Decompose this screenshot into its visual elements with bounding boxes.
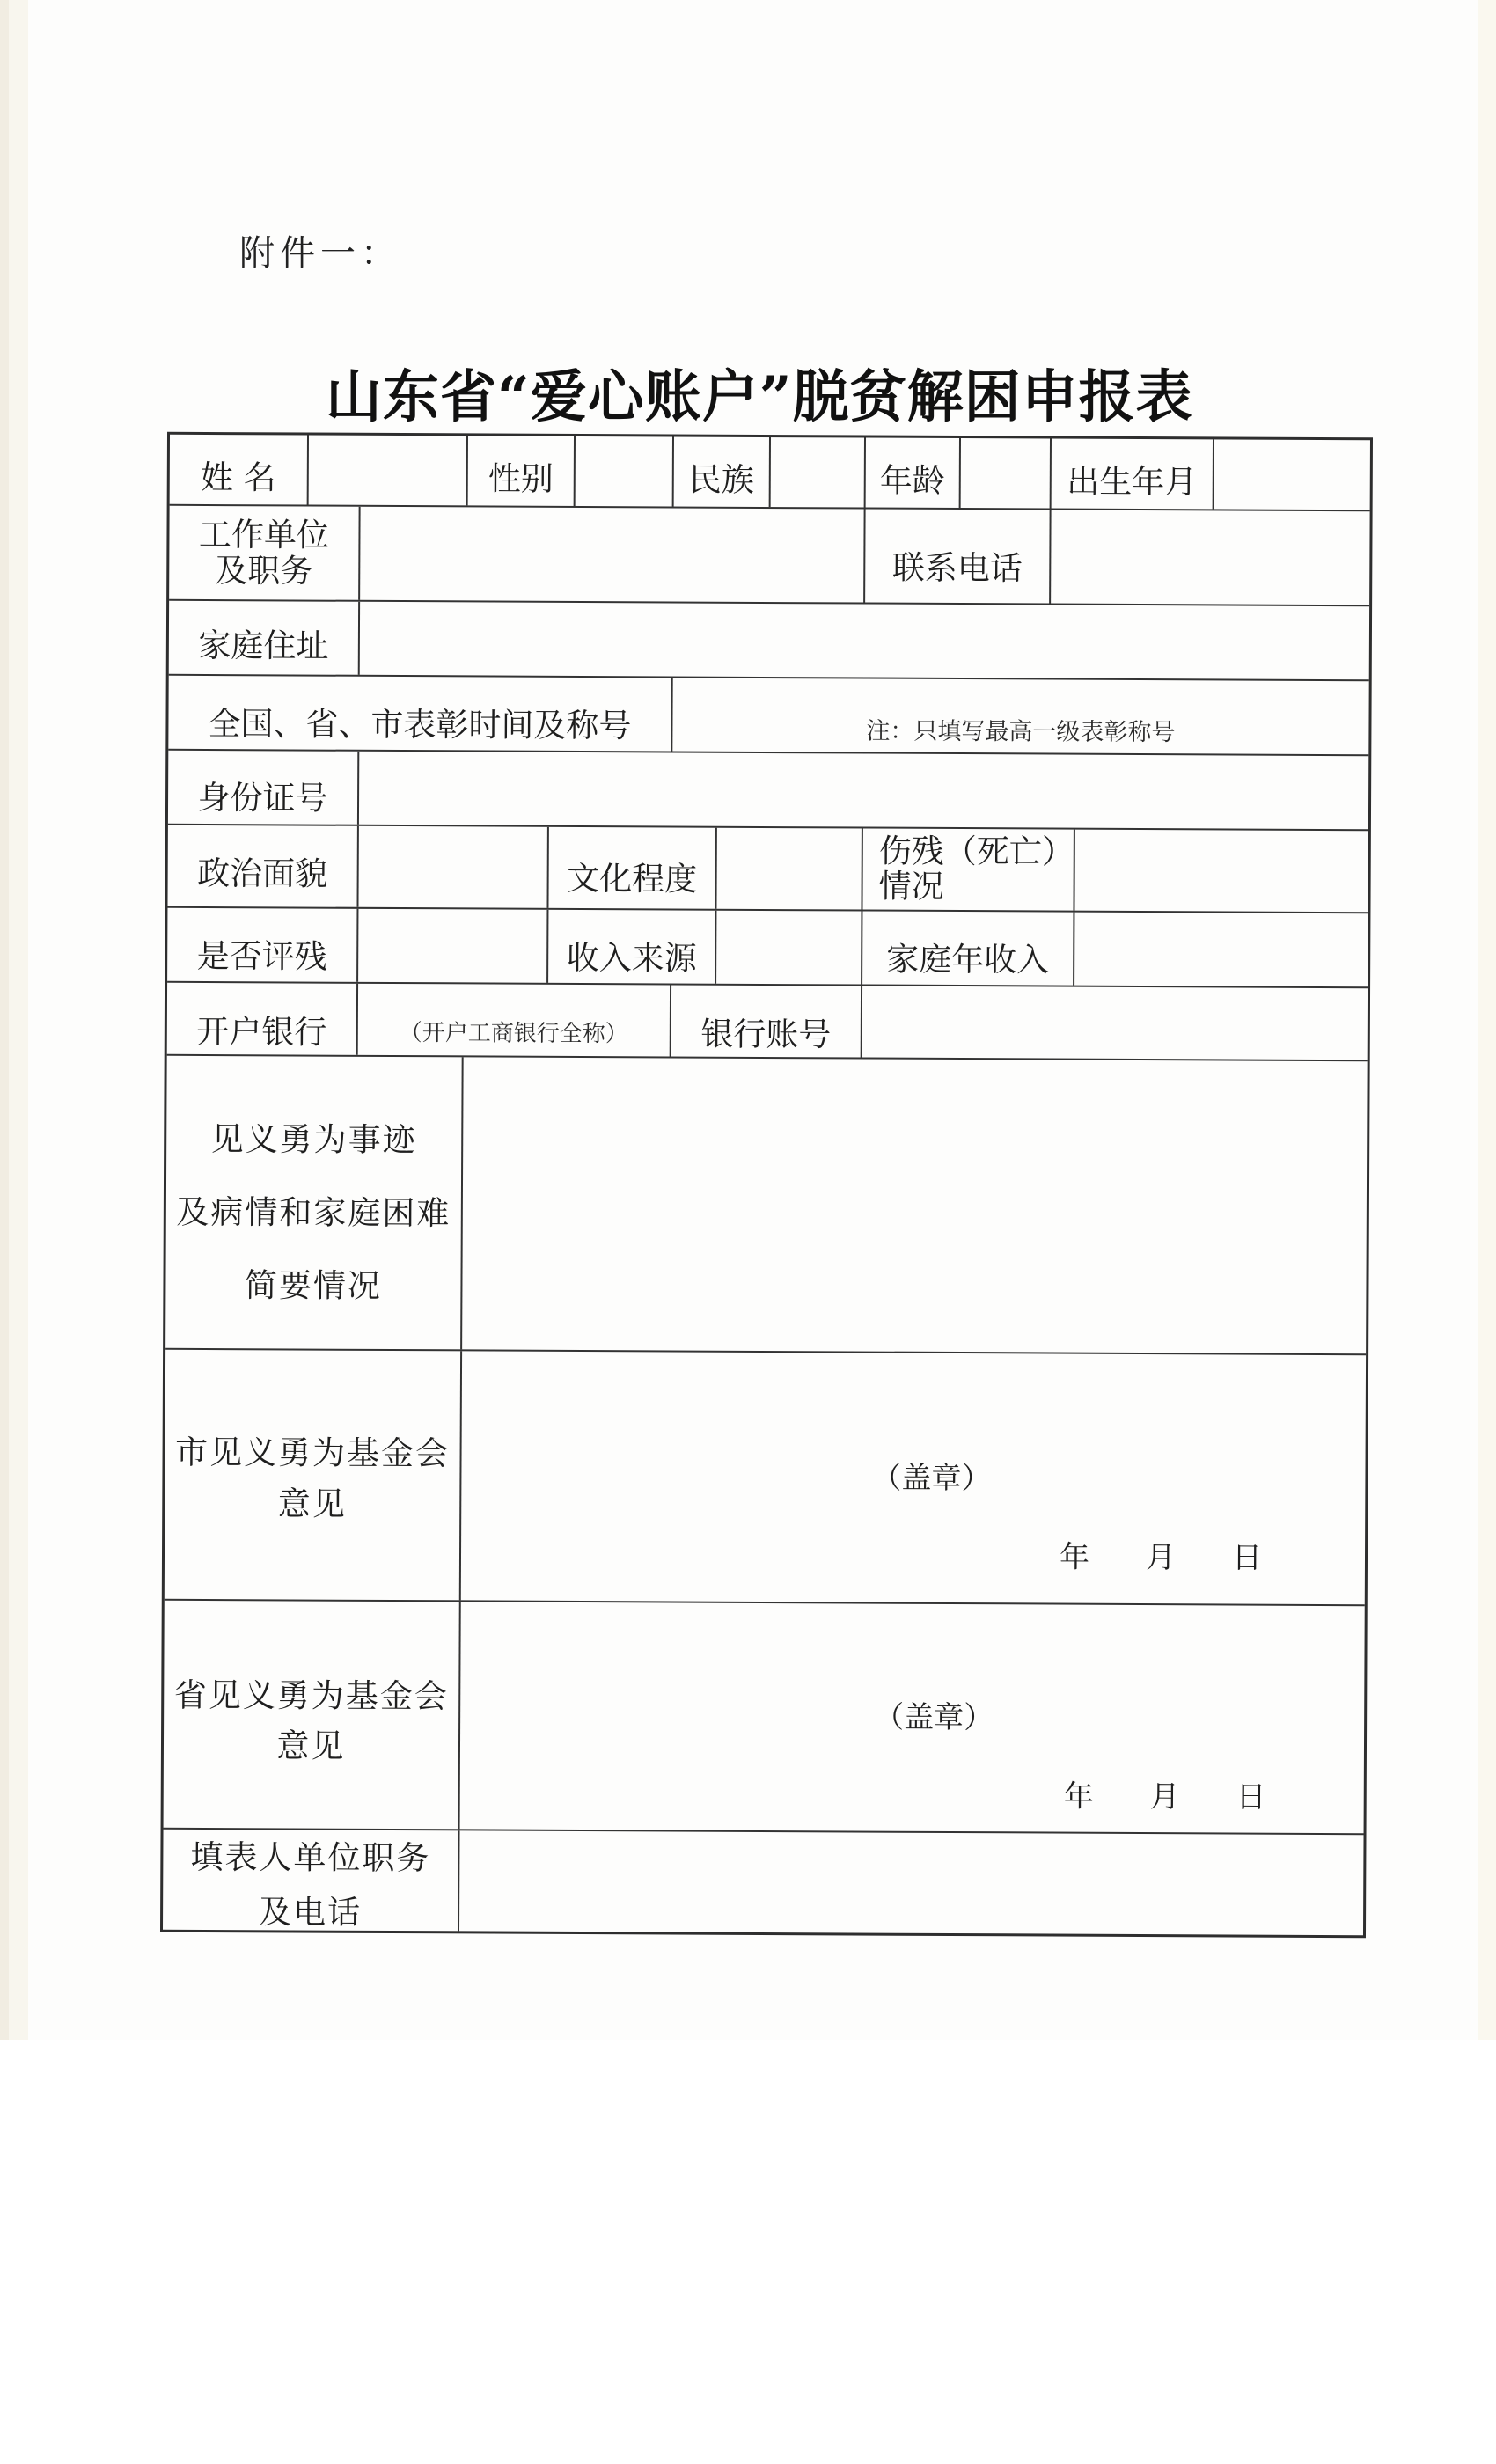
injury-status-field[interactable] [1074,830,1368,913]
disability-rated-label: 是否评残 [167,908,358,982]
row-id-number: 身份证号 [168,751,1368,831]
city-opinion-label-line-1: 市见义勇为基金会 [175,1426,450,1478]
name-field[interactable] [309,436,468,506]
political-status-field[interactable] [358,826,548,908]
city-opinion-label-line-2: 意见 [278,1478,347,1529]
date-month-label: 月 [1150,1779,1180,1815]
bank-hint: （开户工商银行全称） [400,1015,628,1052]
disability-rated-field[interactable] [358,909,548,983]
city-seal-label: （盖章） [871,1460,991,1496]
injury-status-label-line-1: 伤残（死亡） [879,834,1074,870]
filler-info-label: 填表人单位职务 及电话 [163,1830,460,1932]
bank-account-field[interactable] [862,986,1368,1060]
scan-edge-left [0,0,9,2040]
province-seal-label: （盖章） [874,1700,994,1736]
name-label: 姓 名 [170,435,309,505]
bank-label: 开户银行 [167,983,358,1055]
attachment-label: 附件一： [239,232,401,275]
date-month-label: 月 [1146,1540,1176,1575]
work-unit-label: 工作单位 及职务 [169,506,360,600]
bank-field[interactable]: （开户工商银行全称） [358,984,671,1057]
row-province-foundation-opinion: 省见义勇为基金会 意见 （盖章） 年 月 日 [164,1601,1365,1835]
commendation-label: 全国、省、市表彰时间及称号 [168,676,672,752]
id-number-field[interactable] [359,752,1368,829]
row-home-address: 家庭住址 [169,601,1369,681]
row-bank: 开户银行 （开户工商银行全称） 银行账号 [167,983,1368,1061]
education-field[interactable] [716,828,862,910]
birth-date-label: 出生年月 [1052,439,1214,510]
date-day-label: 日 [1236,1780,1266,1815]
province-opinion-label: 省见义勇为基金会 意见 [164,1601,461,1830]
education-label: 文化程度 [548,827,716,909]
province-opinion-field[interactable]: （盖章） 年 月 日 [460,1602,1365,1833]
deeds-summary-field[interactable] [462,1057,1368,1353]
commendation-note: 注：只填写最高一级表彰称号 [866,704,1175,752]
city-opinion-date: 年 月 日 [1060,1539,1262,1575]
income-source-label: 收入来源 [548,910,716,984]
row-filler-info: 填表人单位职务 及电话 [163,1830,1364,1935]
income-source-field[interactable] [716,911,862,985]
deeds-summary-label-line-2: 及病情和家庭困难 [176,1175,451,1249]
birth-date-field[interactable] [1214,439,1370,510]
home-address-field[interactable] [360,602,1369,679]
row-work-unit: 工作单位 及职务 联系电话 [169,506,1369,606]
scan-edge-left-inner [9,0,28,2040]
ethnicity-field[interactable] [771,437,866,508]
province-opinion-label-line-2: 意见 [276,1720,345,1771]
deeds-summary-label: 见义勇为事迹 及病情和家庭困难 简要情况 [165,1056,464,1350]
work-unit-field[interactable] [360,507,865,603]
date-year-label: 年 [1060,1539,1089,1574]
deeds-summary-label-line-3: 简要情况 [245,1249,382,1323]
filler-info-field[interactable] [459,1830,1364,1935]
row-commendation: 全国、省、市表彰时间及称号 注：只填写最高一级表彰称号 [168,676,1368,756]
family-income-label: 家庭年收入 [862,912,1074,986]
application-form-table: 姓 名 性别 民族 年龄 出生年月 工作单位 及职务 联系电话 [160,432,1373,1938]
city-opinion-field[interactable]: （盖章） 年 月 日 [461,1351,1366,1604]
province-opinion-date: 年 月 日 [1064,1779,1266,1815]
row-deeds-summary: 见义勇为事迹 及病情和家庭困难 简要情况 [165,1056,1368,1355]
date-day-label: 日 [1232,1540,1262,1575]
age-field[interactable] [961,438,1052,508]
bank-account-label: 银行账号 [671,985,862,1057]
home-address-label: 家庭住址 [169,601,360,675]
city-opinion-label: 市见义勇为基金会 意见 [165,1350,462,1601]
province-opinion-label-line-1: 省见义勇为基金会 [174,1670,449,1721]
family-income-field[interactable] [1074,913,1368,987]
political-status-label: 政治面貌 [167,825,358,907]
date-year-label: 年 [1064,1779,1094,1815]
commendation-field[interactable]: 注：只填写最高一级表彰称号 [672,678,1368,754]
row-basic-info: 姓 名 性别 民族 年龄 出生年月 [170,435,1370,511]
row-city-foundation-opinion: 市见义勇为基金会 意见 （盖章） 年 月 日 [165,1350,1366,1606]
filler-info-label-line-2: 及电话 [259,1885,362,1940]
phone-field[interactable] [1051,510,1369,605]
row-political-status: 政治面貌 文化程度 伤残（死亡） 情况 [167,825,1368,913]
age-label: 年龄 [866,438,961,509]
scanned-page: 附件一： 山东省“爱心账户”脱贫解困申报表 姓 名 性别 民族 年龄 出生年月 … [0,0,1496,2040]
deeds-summary-label-line-1: 见义勇为事迹 [211,1103,417,1177]
ethnicity-label: 民族 [674,436,771,507]
filler-info-label-line-1: 填表人单位职务 [190,1830,430,1886]
row-disability-income: 是否评残 收入来源 家庭年收入 [167,908,1368,988]
gender-label: 性别 [468,436,576,506]
injury-status-label: 伤残（死亡） 情况 [862,829,1074,911]
work-unit-label-line-2: 及职务 [215,553,312,590]
gender-field[interactable] [576,436,674,507]
work-unit-label-line-1: 工作单位 [199,517,329,554]
form-title: 山东省“爱心账户”脱贫解困申报表 [326,363,1193,433]
phone-label: 联系电话 [865,510,1051,604]
scan-edge-right [1478,0,1496,2040]
injury-status-label-line-2: 情况 [879,869,944,905]
id-number-label: 身份证号 [168,751,359,825]
